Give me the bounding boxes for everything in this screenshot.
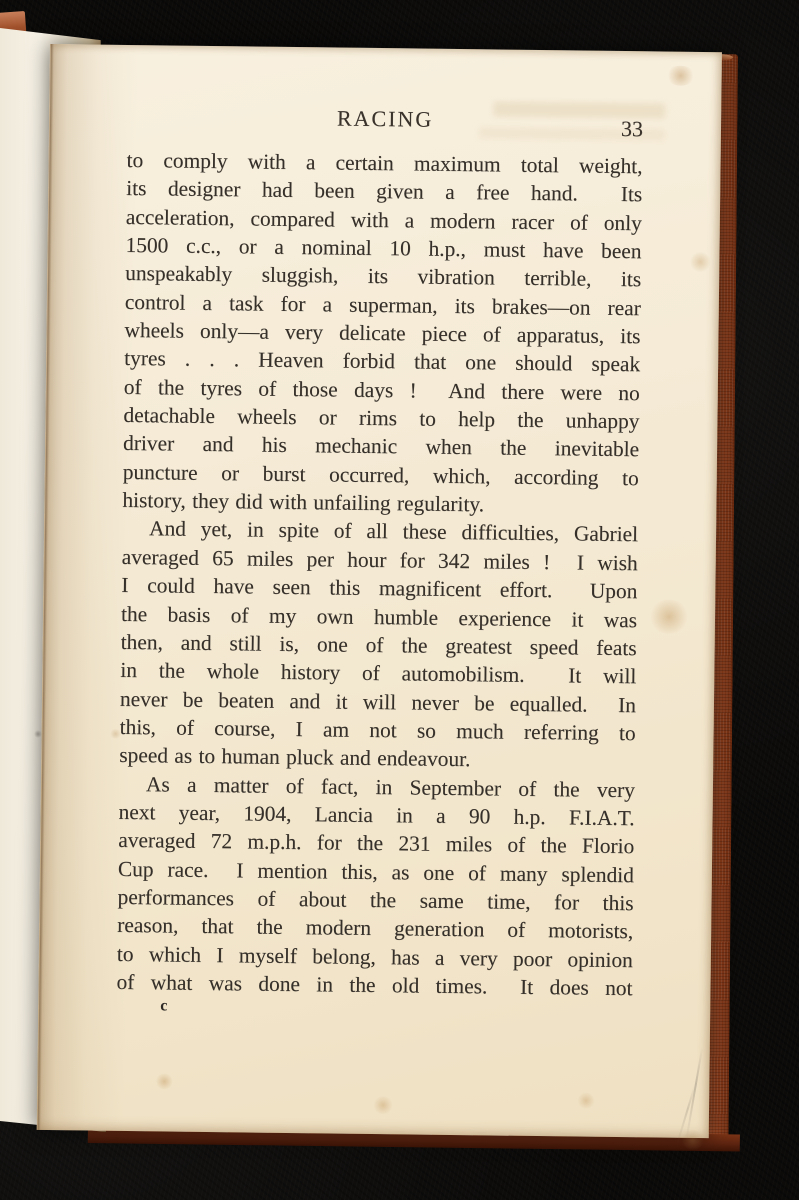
- book-page: RACING 33 to comply with a certain maxim…: [37, 44, 722, 1138]
- foxing-spot: [373, 1096, 393, 1114]
- foxing-spot: [155, 1073, 173, 1089]
- foxing-spot: [577, 1093, 595, 1109]
- pencil-scuff: [685, 1046, 703, 1141]
- running-head: RACING 33: [127, 103, 643, 143]
- chapter-title: RACING: [127, 103, 643, 135]
- text-block: to comply with a certain maximum total w…: [116, 146, 642, 1003]
- page-number: 33: [621, 116, 643, 142]
- printer-signature-mark: c: [160, 997, 167, 1015]
- foxing-spot: [689, 252, 711, 272]
- text-line: of what was done in the old times. It do…: [116, 968, 632, 1003]
- pencil-scuff: [676, 1085, 696, 1145]
- foxing-spot: [666, 66, 696, 86]
- book-photograph: RACING 33 to comply with a certain maxim…: [0, 0, 799, 1200]
- foxing-spot: [649, 599, 689, 633]
